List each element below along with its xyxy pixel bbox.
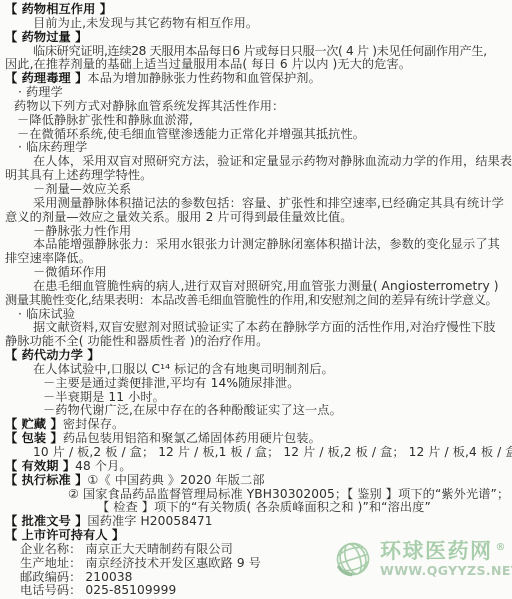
subhead-dose-effect: －剂量—效应关系 bbox=[33, 183, 512, 197]
line-text: －微循环作用 bbox=[33, 265, 107, 279]
line-text: 国药准字 H20058471 bbox=[87, 514, 212, 528]
pharmacokinetics-dash-1: －主要是通过粪便排泄,平均有 14%随尿排泄。 bbox=[43, 377, 512, 391]
microcirculation-text-1: 在患毛细血管脆性病的病人,进行双盲对照研究,用血管张力测量( Angioster… bbox=[33, 280, 512, 294]
pharmacology-dash-2: －在微循环系统,使毛细血管壁渗透能力正常化并增强其抵抗性。 bbox=[17, 128, 512, 142]
line-text: 目前为止,未发现与其它药物有相互作用。 bbox=[33, 16, 258, 30]
license-holder-header: 【 上市许可持有人 】 bbox=[5, 529, 512, 543]
line-text: －药物代谢广泛,在尿中存在的各种酚酸证实了这一点。 bbox=[43, 403, 342, 417]
overdose-header: 【 药物过量 】 bbox=[5, 31, 512, 45]
line-text: 邮政编码： 210038 bbox=[20, 570, 133, 584]
line-text: 在患毛细血管脆性病的病人,进行双盲对照研究,用血管张力测量( Angioster… bbox=[33, 279, 499, 293]
pharmacokinetics-header: 【 药代动力学 】 bbox=[5, 349, 512, 363]
section-tag: 【 批准文号 】 bbox=[5, 514, 87, 528]
pharmacology-dash-1: －降低静脉扩张性和静脉血淤滞, bbox=[17, 114, 512, 128]
line-text: －在微循环系统,使毛细血管壁渗透能力正常化并增强其抵抗性。 bbox=[17, 127, 365, 141]
phone-number-line: 电话号码： 025-85109999 bbox=[20, 584, 512, 598]
shelf-life-line: 【 有效期 】48 个月。 bbox=[5, 460, 512, 474]
line-text: ② 国家食品药品监督管理局标准 YBH30302005；【 鉴别 】项下的“紫外… bbox=[68, 487, 509, 501]
line-text: 临床研究证明,连续28 天服用本品每日6 片或每日只服一次( 4 片 )未见任何… bbox=[33, 44, 487, 58]
line-text: 生产地址： 南京经济技术开发区惠欧路 9 号 bbox=[20, 556, 261, 570]
line-text: 电话号码： 025-85109999 bbox=[20, 583, 176, 597]
venous-tone-text-1: 本品能增强静脉张力：采用水银张力计测定静脉闭塞体积描计法，参数的变化显示了其 bbox=[33, 238, 512, 252]
standard-line-1: 【 执行标准 】①《 中国药典 》2020 年版二部 bbox=[5, 474, 512, 488]
line-text: －主要是通过粪便排泄,平均有 14%随尿排泄。 bbox=[43, 376, 300, 390]
line-text: 密封保存。 bbox=[63, 417, 124, 431]
line-text: 10 片 / 板,2 板 / 盒； 12 片 / 板,1 板 / 盒； 12 片… bbox=[33, 445, 512, 459]
line-text: 药品包装用铝箔和聚氯乙烯固体药用硬片包装。 bbox=[63, 431, 321, 445]
line-text: 企业名称： 南京正大天晴制药有限公司 bbox=[20, 542, 233, 556]
subhead-microcirculation: －微循环作用 bbox=[33, 266, 512, 280]
section-tag: 【 药理毒理 】 bbox=[5, 71, 87, 85]
subhead-pharmacology: · 药理学 bbox=[18, 86, 512, 100]
line-text: · 药理学 bbox=[18, 85, 63, 99]
microcirculation-text-2: 测量其脆性变化,结果表明：本品改善毛细血管脆性的作用,和安慰剂之间的差异有统计学… bbox=[5, 294, 512, 308]
line-text: 据文献资料,双盲安慰剂对照试验证实了本药在静脉学方面的活性作用,对治疗慢性下肢 bbox=[33, 320, 496, 334]
section-tag: 【 执行标准 】 bbox=[5, 473, 87, 487]
section-tag: 【 药物过量 】 bbox=[5, 30, 87, 44]
dose-effect-text-2: 意义的剂量—效应之量效关系。服用 2 片可得到最佳量效比值。 bbox=[5, 211, 512, 225]
line-text: 在人体试验中,口服以 C¹⁴ 标记的含有地奥司明制剂后。 bbox=[33, 362, 334, 376]
line-text: · 临床试验 bbox=[18, 307, 75, 321]
pharmacokinetics-text-1: 在人体试验中,口服以 C¹⁴ 标记的含有地奥司明制剂后。 bbox=[33, 363, 512, 377]
pharmacology-text-1: 药物以下列方式对静脉血管系统发挥其活性作用： bbox=[14, 100, 512, 114]
package-insert-page: 【 药物相互作用 】 目前为止,未发现与其它药物有相互作用。 【 药物过量 】 … bbox=[0, 0, 512, 599]
drug-interactions-header: 【 药物相互作用 】 bbox=[5, 3, 512, 17]
pharmacology-toxicology-header: 【 药理毒理 】本品为增加静脉张力性药物和血管保护剂。 bbox=[5, 72, 512, 86]
line-text: ①《 中国药典 》2020 年版二部 bbox=[87, 473, 264, 487]
line-text: 因此,在推荐剂量的基础上适当过量服用本品( 每日 6 片以内 )无大的危害。 bbox=[5, 57, 411, 71]
line-text: －剂量—效应关系 bbox=[33, 182, 131, 196]
line-text: 48 个月。 bbox=[75, 459, 132, 473]
line-text: 采用测量静脉体积描记法的参数包括：容量、扩张性和排空速率,已经确定其具有统计学 bbox=[33, 196, 504, 210]
section-tag: 【 药物相互作用 】 bbox=[5, 2, 112, 16]
line-text: 静脉功能不全( 功能性和器质性者 )的治疗作用。 bbox=[5, 334, 268, 348]
section-tag: 【 有效期 】 bbox=[5, 459, 75, 473]
line-text: 明其具有上述药理学特性。 bbox=[5, 168, 152, 182]
line-text: －半衰期是 11 小时。 bbox=[43, 390, 165, 404]
approval-number-line: 【 批准文号 】国药准字 H20058471 bbox=[5, 515, 512, 529]
dose-effect-text-1: 采用测量静脉体积描记法的参数包括：容量、扩张性和排空速率,已经确定其具有统计学 bbox=[33, 197, 512, 211]
company-name-line: 企业名称： 南京正大天晴制药有限公司 bbox=[20, 543, 512, 557]
packaging-line: 【 包装 】药品包装用铝箔和聚氯乙烯固体药用硬片包装。 bbox=[5, 432, 512, 446]
line-text: 在人体，采用双盲对照研究方法，验证和定量显示药物对静脉血流动力学的作用，结果表 bbox=[33, 154, 512, 168]
line-text: 本品为增加静脉张力性药物和血管保护剂。 bbox=[87, 71, 320, 85]
section-tag: 【 上市许可持有人 】 bbox=[5, 528, 124, 542]
packaging-specs-line: 10 片 / 板,2 板 / 盒； 12 片 / 板,1 板 / 盒； 12 片… bbox=[33, 446, 512, 460]
section-tag: 【 包装 】 bbox=[5, 431, 63, 445]
line-text: 本品能增强静脉张力：采用水银张力计测定静脉闭塞体积描计法，参数的变化显示了其 bbox=[33, 237, 500, 251]
line-text: 药物以下列方式对静脉血管系统发挥其活性作用： bbox=[14, 99, 284, 113]
line-text: 测量其脆性变化,结果表明：本品改善毛细血管脆性的作用,和安慰剂之间的差异有统计学… bbox=[5, 293, 497, 307]
line-text: 【 检查 】项下的“有关物质( 各杂质峰面积之和 )”和“溶出度” bbox=[97, 500, 431, 514]
clinical-pharmacology-text-2: 明其具有上述药理学特性。 bbox=[5, 169, 512, 183]
line-text: 意义的剂量—效应之量效关系。服用 2 片可得到最佳量效比值。 bbox=[5, 210, 353, 224]
drug-interactions-text: 目前为止,未发现与其它药物有相互作用。 bbox=[33, 17, 512, 31]
line-text: －降低静脉扩张性和静脉血淤滞, bbox=[17, 113, 193, 127]
line-text: 排空速率降低。 bbox=[5, 251, 91, 265]
venous-tone-text-2: 排空速率降低。 bbox=[5, 252, 512, 266]
section-tag: 【 贮藏 】 bbox=[5, 417, 63, 431]
section-tag: 【 药代动力学 】 bbox=[5, 348, 100, 362]
line-text: · 临床药理学 bbox=[18, 140, 87, 154]
line-text: －静脉张力性作用 bbox=[33, 224, 131, 238]
production-address-line: 生产地址： 南京经济技术开发区惠欧路 9 号 bbox=[20, 557, 512, 571]
